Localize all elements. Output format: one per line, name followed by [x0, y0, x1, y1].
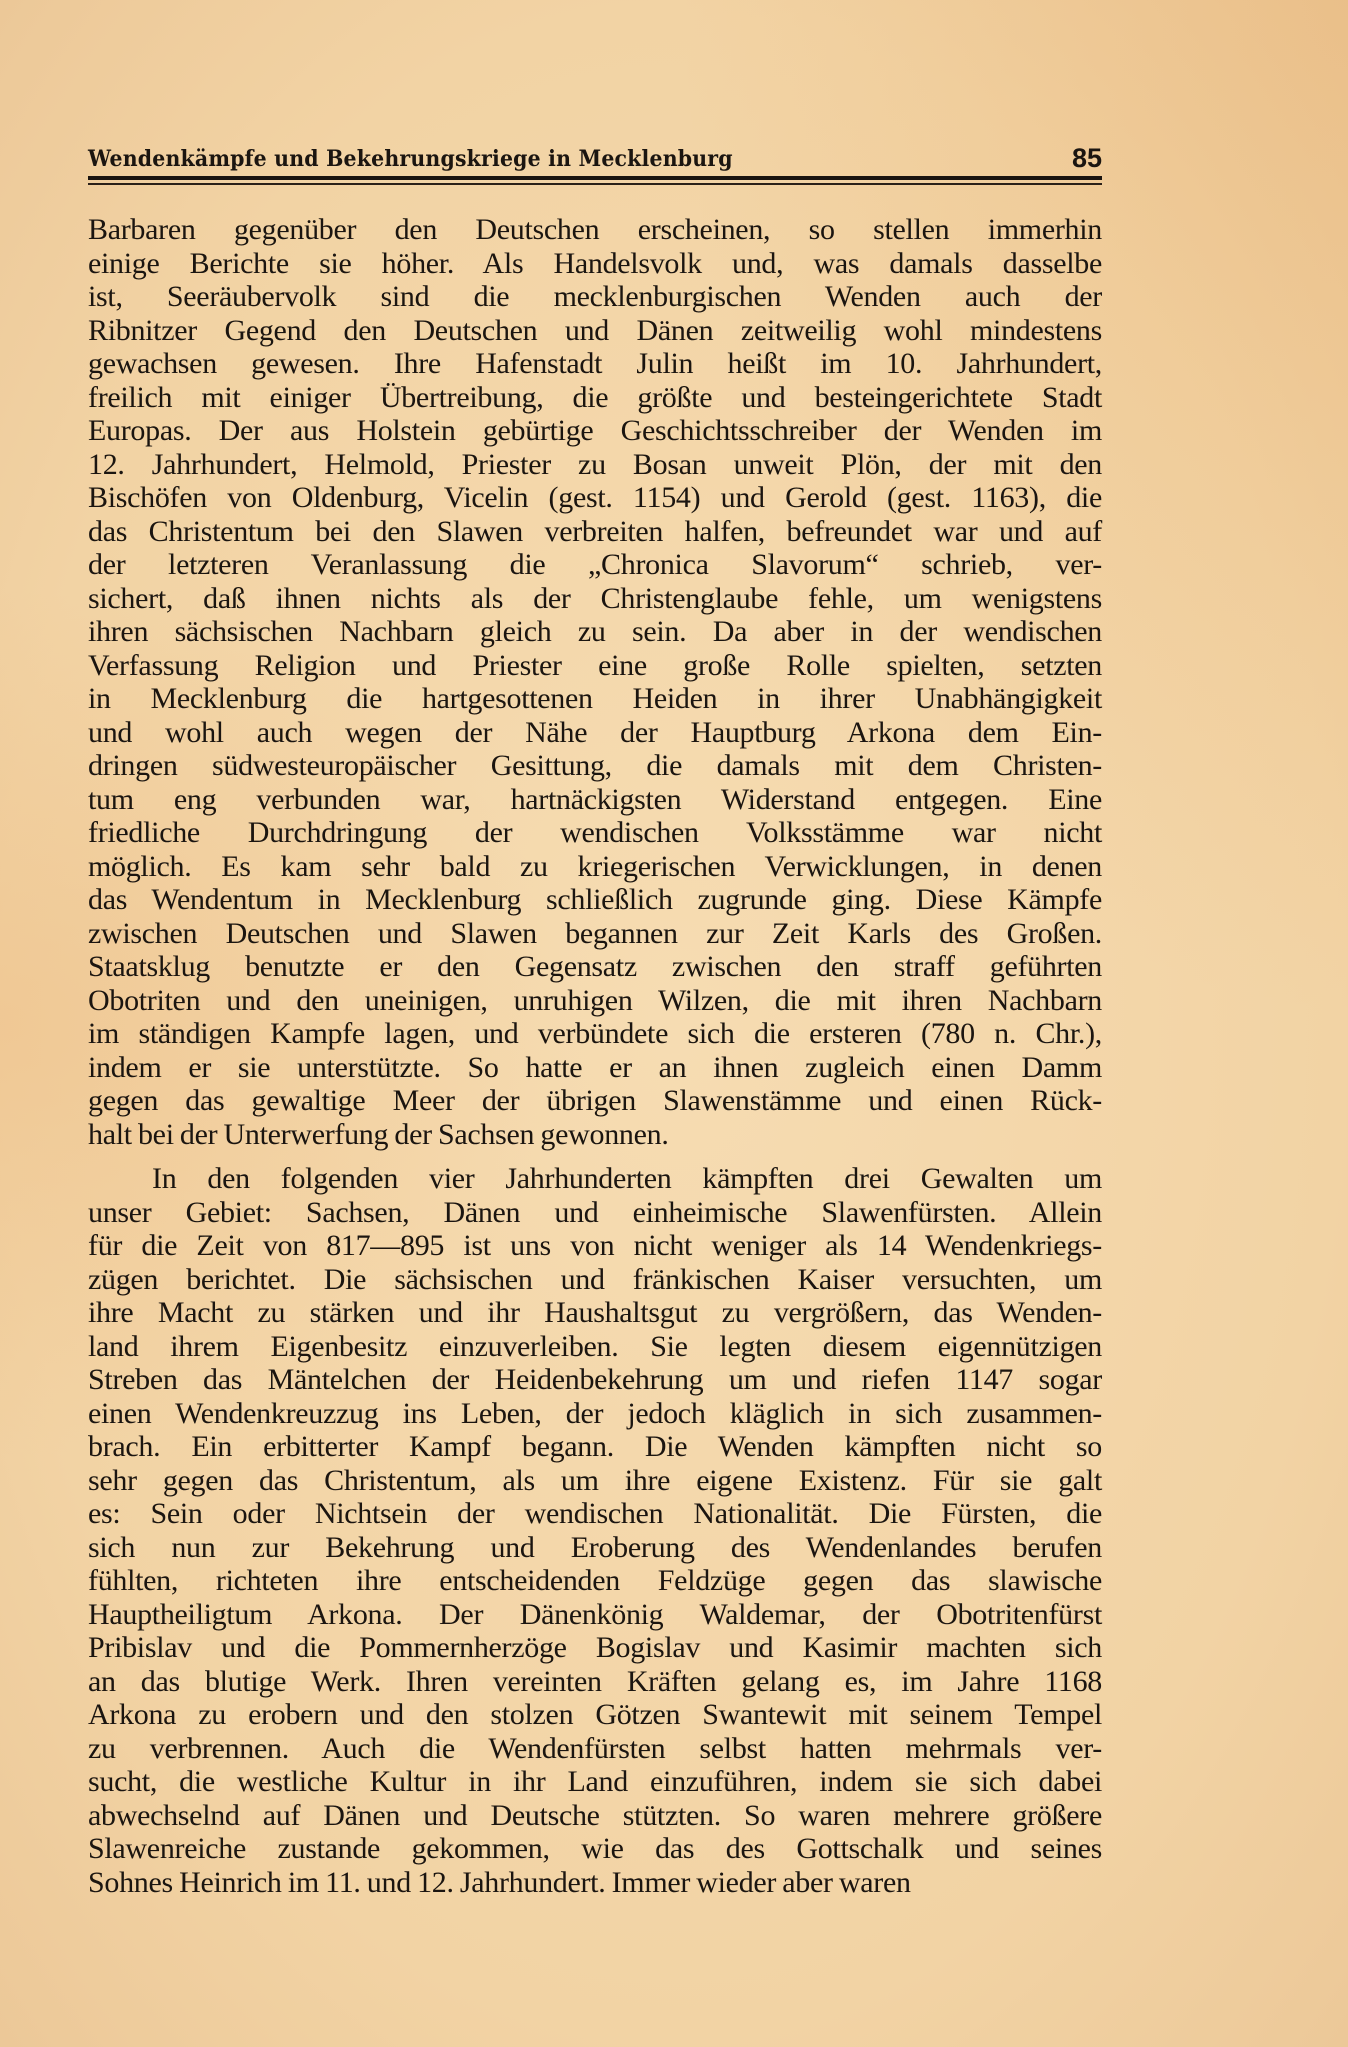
text-line: sehr gegen das Christentum, als um ihre …: [88, 1464, 1102, 1498]
text-line: Obotriten und den uneinigen, unruhigen W…: [88, 984, 1102, 1018]
text-line: friedliche Durchdringung der wendischen …: [88, 816, 1102, 850]
header-rule-thick: [88, 176, 1102, 180]
text-line: In den folgenden vier Jahrhunderten kämp…: [88, 1162, 1102, 1196]
text-line: und wohl auch wegen der Nähe der Hauptbu…: [88, 716, 1102, 750]
header-rule-thin: [88, 183, 1102, 185]
text-line: Staatsklug benutzte er den Gegensatz zwi…: [88, 950, 1102, 984]
text-line: land ihrem Eigenbesitz einzuverleiben. S…: [88, 1330, 1102, 1364]
text-line: es: Sein oder Nichtsein der wendischen N…: [88, 1497, 1102, 1531]
text-line: Arkona zu erobern und den stolzen Götzen…: [88, 1698, 1102, 1732]
text-line: Bischöfen von Oldenburg, Vicelin (gest. …: [88, 481, 1102, 515]
text-line: möglich. Es kam sehr bald zu kriegerisch…: [88, 850, 1102, 884]
text-line: halt bei der Unterwerfung der Sachsen ge…: [88, 1118, 1102, 1152]
page-number: 85: [1072, 145, 1102, 172]
text-line: an das blutige Werk. Ihren vereinten Krä…: [88, 1665, 1102, 1699]
running-header: Wendenkämpfe und Bekehrungskriege in Mec…: [88, 140, 1102, 172]
text-line: Slawenreiche zustande gekommen, wie das …: [88, 1832, 1102, 1866]
text-line: ihre Macht zu stärken und ihr Haushaltsg…: [88, 1296, 1102, 1330]
text-line: dringen südwesteuropäischer Gesittung, d…: [88, 749, 1102, 783]
text-line: tum eng verbunden war, hartnäckigsten Wi…: [88, 783, 1102, 817]
text-line: einige Berichte sie höher. Als Handelsvo…: [88, 247, 1102, 281]
text-line: sich nun zur Bekehrung und Eroberung des…: [88, 1531, 1102, 1565]
text-line: indem er sie unterstützte. So hatte er a…: [88, 1051, 1102, 1085]
text-line: gegen das gewaltige Meer der übrigen Sla…: [88, 1084, 1102, 1118]
text-line: 12. Jahrhundert, Helmold, Priester zu Bo…: [88, 448, 1102, 482]
body-text: Barbaren gegenüber den Deutschen erschei…: [88, 213, 1102, 1899]
text-line: einen Wendenkreuzzug ins Leben, der jedo…: [88, 1397, 1102, 1431]
text-line: freilich mit einiger Übertreibung, die g…: [88, 381, 1102, 415]
text-line: Pribislav und die Pommernherzöge Bogisla…: [88, 1631, 1102, 1665]
text-line: Ribnitzer Gegend den Deutschen und Dänen…: [88, 314, 1102, 348]
text-line: zu verbrennen. Auch die Wendenfürsten se…: [88, 1732, 1102, 1766]
text-line: für die Zeit von 817—895 ist uns von nic…: [88, 1229, 1102, 1263]
text-line: sucht, die westliche Kultur in ihr Land …: [88, 1765, 1102, 1799]
text-line: sichert, daß ihnen nichts als der Christ…: [88, 582, 1102, 616]
text-line: Barbaren gegenüber den Deutschen erschei…: [88, 213, 1102, 247]
text-line: gewachsen gewesen. Ihre Hafenstadt Julin…: [88, 347, 1102, 381]
text-line: im ständigen Kampfe lagen, und verbündet…: [88, 1017, 1102, 1051]
text-line: der letzteren Veranlassung die „Chronica…: [88, 548, 1102, 582]
text-line: fühlten, richteten ihre entscheidenden F…: [88, 1564, 1102, 1598]
text-line: Hauptheiligtum Arkona. Der Dänenkönig Wa…: [88, 1598, 1102, 1632]
text-line: in Mecklenburg die hartgesottenen Heiden…: [88, 682, 1102, 716]
running-title: Wendenkämpfe und Bekehrungskriege in Mec…: [88, 146, 733, 172]
paragraph-2: In den folgenden vier Jahrhunderten kämp…: [88, 1162, 1102, 1899]
text-line: Sohnes Heinrich im 11. und 12. Jahrhunde…: [88, 1866, 1102, 1900]
text-line: Verfassung Religion und Priester eine gr…: [88, 649, 1102, 683]
text-line: zwischen Deutschen und Slawen begannen z…: [88, 917, 1102, 951]
text-line: Europas. Der aus Holstein gebürtige Gesc…: [88, 414, 1102, 448]
text-line: ist, Seeräubervolk sind die mecklenburgi…: [88, 280, 1102, 314]
text-line: das Christentum bei den Slawen verbreite…: [88, 515, 1102, 549]
text-line: unser Gebiet: Sachsen, Dänen und einheim…: [88, 1196, 1102, 1230]
text-line: das Wendentum in Mecklenburg schließlich…: [88, 883, 1102, 917]
text-line: abwechselnd auf Dänen und Deutsche stütz…: [88, 1799, 1102, 1833]
text-line: zügen berichtet. Die sächsischen und frä…: [88, 1263, 1102, 1297]
text-line: brach. Ein erbitterter Kampf begann. Die…: [88, 1430, 1102, 1464]
text-line: ihren sächsischen Nachbarn gleich zu sei…: [88, 615, 1102, 649]
paragraph-1: Barbaren gegenüber den Deutschen erschei…: [88, 213, 1102, 1151]
text-line: Streben das Mäntelchen der Heidenbekehru…: [88, 1363, 1102, 1397]
